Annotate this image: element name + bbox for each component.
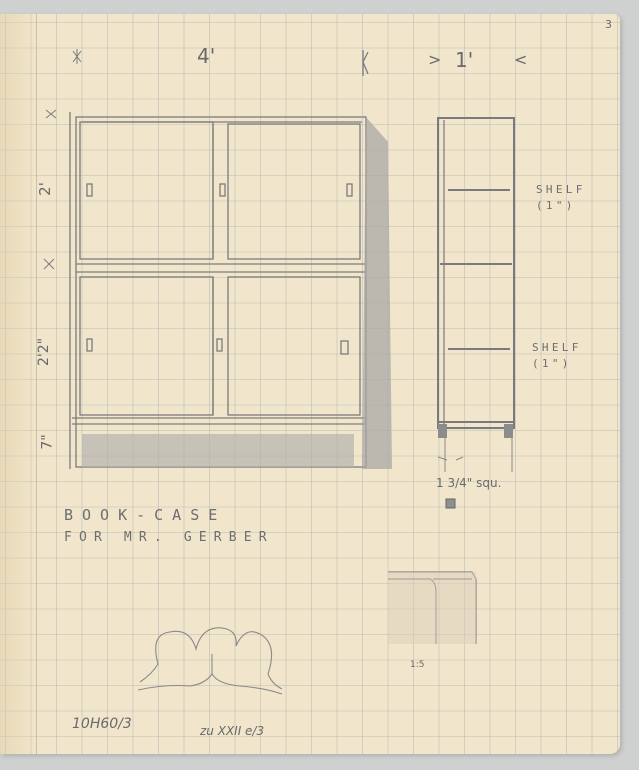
height-bottom-label: 2'2" [36, 338, 52, 366]
profile-detail [388, 572, 476, 644]
depth-label: 1' [455, 48, 473, 72]
leg-size-label: 1 3/4" squ. [436, 476, 501, 490]
notebook-page: 3 [0, 14, 620, 754]
bookcase-drawing [0, 14, 620, 754]
plinth-shading [82, 434, 354, 467]
title-line-1: BOOK-CASE [64, 506, 226, 524]
title-line-2: FOR MR. GERBER [64, 530, 274, 545]
side-shading [362, 117, 392, 469]
detail-scale-label: 1:5 [410, 660, 424, 670]
height-top-label: 2' [36, 182, 54, 196]
shelf-label-upper: SHELF (1") [536, 182, 596, 214]
depth-bracket-right: < [514, 50, 527, 69]
reference-note: zu XXII e/3 [200, 724, 264, 738]
width-label: 4' [197, 44, 215, 68]
catalog-number: 10H60/3 [72, 716, 132, 732]
base-height-label: 7" [40, 434, 56, 449]
leg-section-icon [446, 499, 455, 508]
shelf-label-lower: SHELF (1") [532, 340, 596, 372]
ornament-sketch [138, 628, 282, 694]
depth-bracket-left: > [428, 50, 441, 69]
